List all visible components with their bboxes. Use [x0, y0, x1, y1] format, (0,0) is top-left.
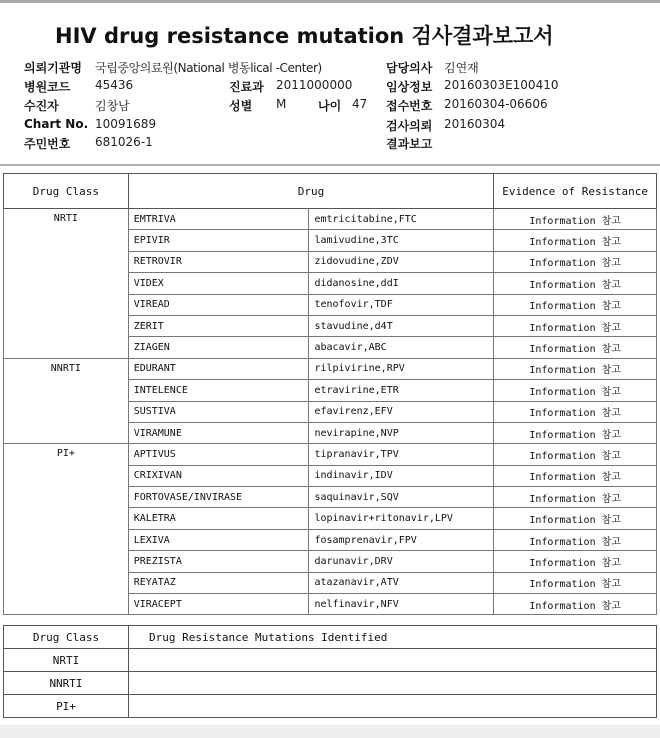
brand-cell: CRIXIVAN [128, 465, 309, 486]
evidence-cell: Information 참고 [494, 487, 657, 508]
drug-class-cell: NNRTI [4, 672, 129, 695]
mutations-cell [129, 672, 657, 695]
mutations-cell [129, 649, 657, 672]
generic-cell: zidovudine,ZDV [309, 251, 494, 272]
department-label: 진료과 [229, 78, 264, 95]
brand-cell: VIRAMUNE [128, 422, 309, 443]
brand-cell: APTIVUS [128, 444, 309, 465]
header-drug-class: Drug Class [4, 174, 129, 209]
table-row: NNRTI [4, 672, 657, 695]
evidence-cell: Information 참고 [494, 401, 657, 422]
department-value: 2011000000 [276, 78, 352, 92]
hospital-code-value: 45436 [95, 78, 133, 92]
generic-cell: tipranavir,TPV [309, 444, 494, 465]
doctor-label: 담당의사 [386, 59, 432, 76]
evidence-cell: Information 참고 [494, 251, 657, 272]
hospital-code-label: 병원코드 [24, 78, 70, 95]
brand-cell: FORTOVASE/INVIRASE [128, 487, 309, 508]
brand-cell: INTELENCE [128, 380, 309, 401]
evidence-cell: Information 참고 [494, 273, 657, 294]
evidence-cell: Information 참고 [494, 358, 657, 379]
receipt-no-label: 접수번호 [386, 97, 432, 114]
generic-cell: lamivudine,3TC [309, 230, 494, 251]
clinical-info-value: 20160303E100410 [444, 78, 558, 92]
brand-cell: ZERIT [128, 315, 309, 336]
resistance-table: Drug Class Drug Evidence of Resistance N… [3, 173, 657, 615]
generic-cell: emtricitabine,FTC [309, 209, 494, 230]
table-row: NRTI [4, 649, 657, 672]
evidence-cell: Information 참고 [494, 529, 657, 550]
section-divider [0, 164, 660, 166]
generic-cell: nelfinavir,NFV [309, 594, 494, 615]
generic-cell: saquinavir,SQV [309, 487, 494, 508]
generic-cell: nevirapine,NVP [309, 422, 494, 443]
evidence-cell: Information 참고 [494, 572, 657, 593]
test-request-value: 20160304 [444, 117, 505, 131]
report-title: HIV drug resistance mutation 검사결과보고서 [55, 20, 554, 50]
generic-cell: tenofovir,TDF [309, 294, 494, 315]
drug-class-cell: PI+ [4, 695, 129, 718]
brand-cell: EDURANT [128, 358, 309, 379]
mutations-table: Drug Class Drug Resistance Mutations Ide… [3, 625, 657, 718]
resistance-table-header: Drug Class Drug Evidence of Resistance [4, 174, 657, 209]
chart-no-value: 10091689 [95, 117, 156, 131]
resident-no-label: 주민번호 [24, 135, 70, 152]
brand-cell: REYATAZ [128, 572, 309, 593]
brand-cell: RETROVIR [128, 251, 309, 272]
evidence-cell: Information 참고 [494, 294, 657, 315]
mutations-cell [129, 695, 657, 718]
brand-cell: ZIAGEN [128, 337, 309, 358]
header-drug: Drug [128, 174, 494, 209]
evidence-cell: Information 참고 [494, 465, 657, 486]
table-row: NNRTI EDURANT rilpivirine,RPV Informatio… [4, 358, 657, 379]
brand-cell: VIREAD [128, 294, 309, 315]
footer-bar [0, 725, 660, 738]
brand-cell: VIRACEPT [128, 594, 309, 615]
institution-value: 국립중앙의료원(National 병동lical -Center) [95, 59, 322, 76]
table-row: PI+ APTIVUS tipranavir,TPV Information 참… [4, 444, 657, 465]
clinical-info-label: 임상정보 [386, 78, 432, 95]
generic-cell: didanosine,ddI [309, 273, 494, 294]
evidence-cell: Information 참고 [494, 209, 657, 230]
header-evidence: Evidence of Resistance [494, 174, 657, 209]
patient-name-value: 김창남 [95, 97, 130, 114]
evidence-cell: Information 참고 [494, 444, 657, 465]
evidence-cell: Information 참고 [494, 230, 657, 251]
drug-class-cell: NRTI [4, 649, 129, 672]
age-label: 나이 [318, 97, 341, 114]
table-row: PI+ [4, 695, 657, 718]
evidence-cell: Information 참고 [494, 594, 657, 615]
generic-cell: darunavir,DRV [309, 551, 494, 572]
institution-label: 의뢰기관명 [24, 59, 82, 76]
drug-class-cell: PI+ [4, 444, 129, 615]
generic-cell: etravirine,ETR [309, 380, 494, 401]
header-drug-class: Drug Class [4, 626, 129, 649]
brand-cell: KALETRA [128, 508, 309, 529]
generic-cell: lopinavir+ritonavir,LPV [309, 508, 494, 529]
drug-class-cell: NNRTI [4, 358, 129, 444]
generic-cell: stavudine,d4T [309, 315, 494, 336]
generic-cell: indinavir,IDV [309, 465, 494, 486]
generic-cell: atazanavir,ATV [309, 572, 494, 593]
mutations-table-header: Drug Class Drug Resistance Mutations Ide… [4, 626, 657, 649]
brand-cell: SUSTIVA [128, 401, 309, 422]
brand-cell: LEXIVA [128, 529, 309, 550]
result-report-label: 결과보고 [386, 135, 432, 152]
evidence-cell: Information 참고 [494, 508, 657, 529]
brand-cell: EMTRIVA [128, 209, 309, 230]
brand-cell: PREZISTA [128, 551, 309, 572]
top-border [0, 0, 660, 3]
age-value: 47 [352, 97, 367, 111]
brand-cell: EPIVIR [128, 230, 309, 251]
evidence-cell: Information 참고 [494, 315, 657, 336]
drug-class-cell: NRTI [4, 209, 129, 359]
chart-no-label: Chart No. [24, 117, 88, 131]
evidence-cell: Information 참고 [494, 551, 657, 572]
brand-cell: VIDEX [128, 273, 309, 294]
generic-cell: abacavir,ABC [309, 337, 494, 358]
generic-cell: rilpivirine,RPV [309, 358, 494, 379]
doctor-value: 김연재 [444, 59, 479, 76]
generic-cell: fosamprenavir,FPV [309, 529, 494, 550]
evidence-cell: Information 참고 [494, 337, 657, 358]
evidence-cell: Information 참고 [494, 422, 657, 443]
test-request-label: 검사의뢰 [386, 117, 432, 134]
receipt-no-value: 20160304-06606 [444, 97, 548, 111]
sex-label: 성별 [229, 97, 252, 114]
evidence-cell: Information 참고 [494, 380, 657, 401]
table-row: NRTI EMTRIVA emtricitabine,FTC Informati… [4, 209, 657, 230]
patient-name-label: 수진자 [24, 97, 59, 114]
resident-no-value: 681026-1 [95, 135, 153, 149]
sex-value: M [276, 97, 286, 111]
generic-cell: efavirenz,EFV [309, 401, 494, 422]
header-mutations: Drug Resistance Mutations Identified [129, 626, 657, 649]
